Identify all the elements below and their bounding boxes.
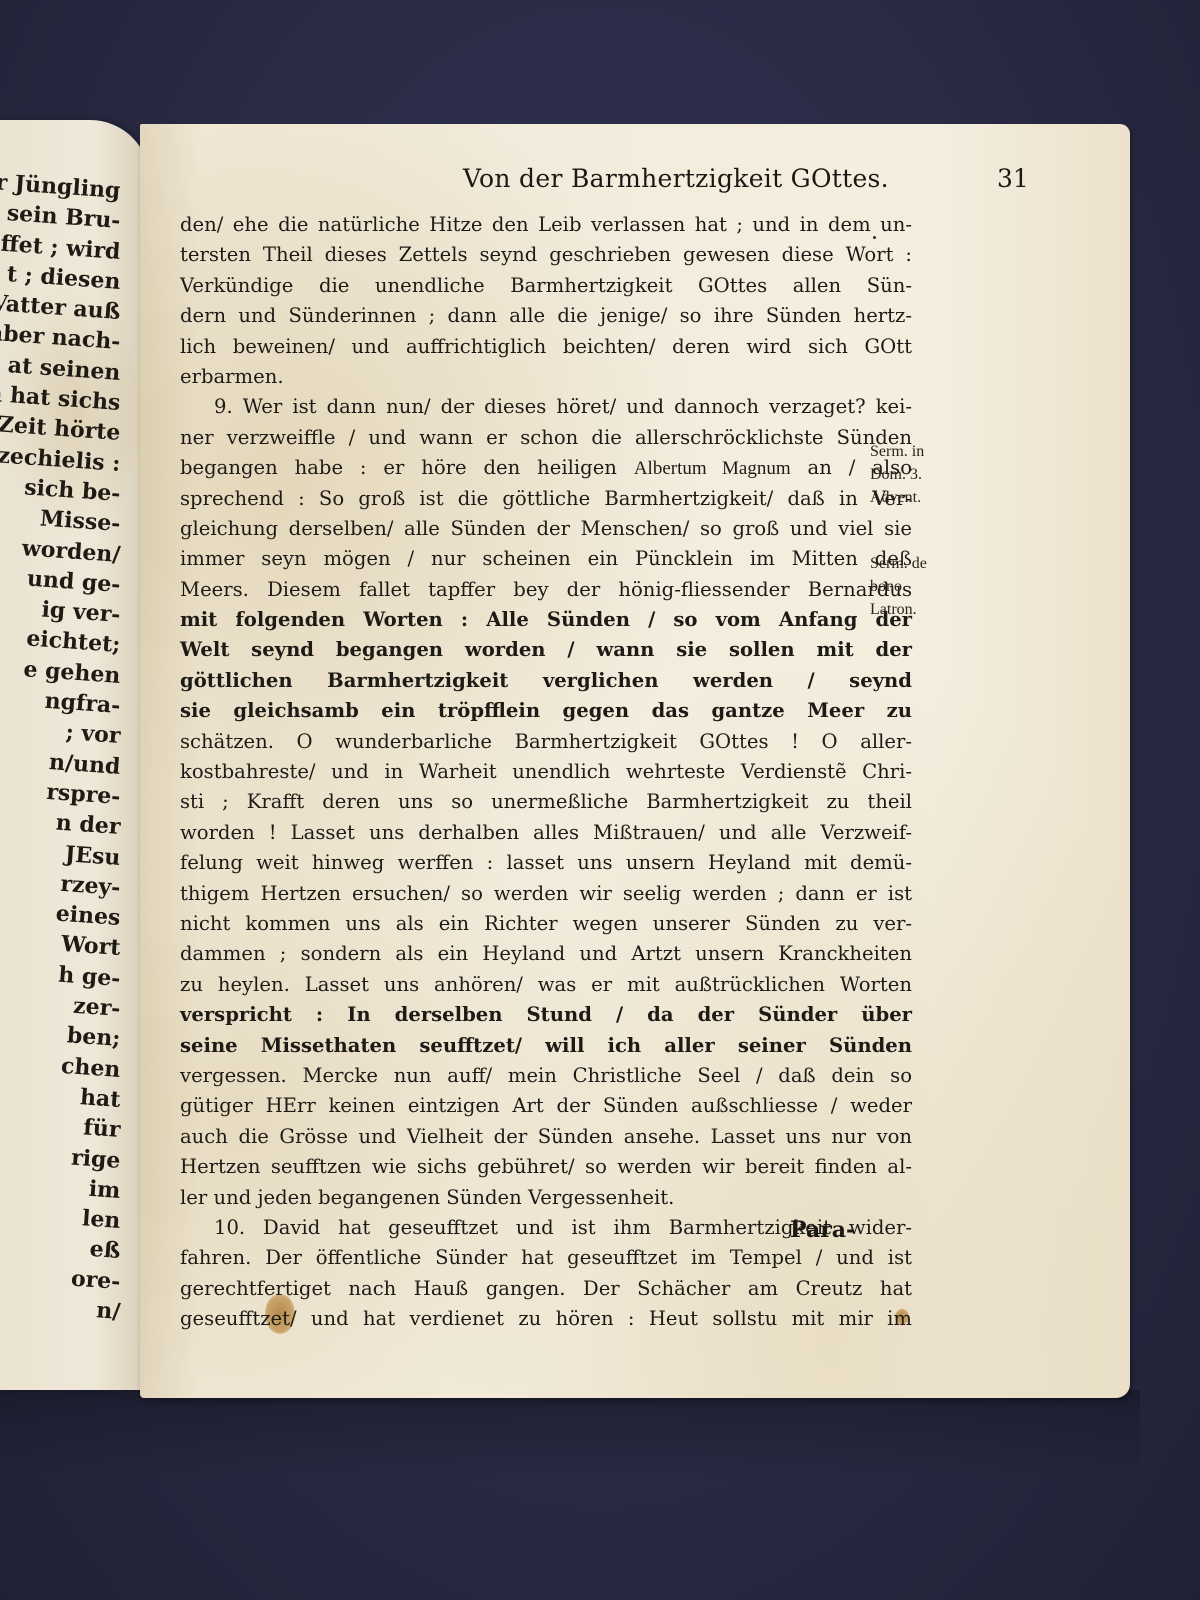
running-title: Von der Barmhertzigkeit GOttes. (463, 164, 889, 193)
left-page: r Jüngling n sein Bru- ffet ; wird t ; d… (0, 120, 150, 1390)
text-line: auch die Grösse und Vielheit der Sünden … (180, 1122, 912, 1152)
text-line: ler und jeden begangenen Sünden Vergesse… (180, 1183, 912, 1213)
text-line: Verkündige die unendliche Barmhertzigkei… (180, 271, 912, 301)
marginal-note-sermon-advent: Serm. in Dom. 3. Advent. (870, 440, 924, 509)
text-line: den/ ehe die natürliche Hitze den Leib v… (180, 210, 912, 240)
marginal-line: Dom. 3. (870, 463, 924, 486)
text-line: schätzen. O wunderbarliche Barmhertzigke… (180, 727, 912, 757)
text-line: geseufftzet/ und hat verdienet zu hören … (180, 1304, 912, 1334)
text-line: gleichung derselben/ alle Sünden der Men… (180, 514, 912, 544)
catchword: Para- (790, 1217, 855, 1243)
page-shadow (0, 1390, 1140, 1480)
text-line: dern und Sünderinnen ; dann alle die jen… (180, 301, 912, 331)
quote-line: sie gleichsamb ein tröpfflein gegen das … (180, 696, 912, 726)
text-line: gerechtfertiget nach Hauß gangen. Der Sc… (180, 1274, 912, 1304)
quote-line: verspricht : In derselben Stund / da der… (180, 1000, 912, 1030)
text-line: kostbahreste/ und in Warheit unendlich w… (180, 757, 912, 787)
text-line: erbarmen. (180, 362, 912, 392)
text-span: begangen habe : er höre den heiligen (180, 456, 617, 479)
paragraph-9-start: 9. Wer ist dann nun/ der dieses höret/ u… (180, 392, 912, 422)
text-line: Hertzen seufftzen wie sichs gebühret/ so… (180, 1152, 912, 1182)
marginal-line: Latron. (870, 598, 927, 621)
marginal-line: Advent. (870, 486, 924, 509)
text-line: sti ; Krafft deren uns so unermeßliche B… (180, 787, 912, 817)
marginal-line: bono (870, 575, 927, 598)
quote-line: Welt seynd begangen worden / wann sie so… (180, 635, 912, 665)
marginal-line: Serm. in (870, 440, 924, 463)
body-text: den/ ehe die natürliche Hitze den Leib v… (180, 210, 912, 1334)
right-page: Von der Barmhertzigkeit GOttes. 31 den/ … (140, 124, 1130, 1398)
text-line: thigem Hertzen ersuchen/ so werden wir s… (180, 879, 912, 909)
left-page-text: r Jüngling n sein Bru- ffet ; wird t ; d… (0, 176, 120, 1327)
text-line: ner verzweiffle / und wann er schon die … (180, 423, 912, 453)
text-line: fahren. Der öffentliche Sünder hat geseu… (180, 1243, 912, 1273)
quote-line: mit folgenden Worten : Alle Sünden / so … (180, 605, 912, 635)
latin-name: Albertum Magnum (634, 458, 791, 479)
text-line: zu heylen. Lasset uns anhören/ was er mi… (180, 970, 912, 1000)
text-line: lich beweinen/ und auffrichtiglich beich… (180, 332, 912, 362)
page-number: 31 (997, 164, 1029, 193)
text-line: tersten Theil dieses Zettels seynd gesch… (180, 240, 912, 270)
text-line: Meers. Diesem fallet tapffer bey der hön… (180, 575, 912, 605)
text-line: worden ! Lasset uns derhalben alles Mißt… (180, 818, 912, 848)
marginal-note-sermon-latron: Serm. de bono Latron. (870, 552, 927, 621)
text-line: begangen habe : er höre den heiligen Alb… (180, 453, 912, 483)
page-header: Von der Barmhertzigkeit GOttes. 31 (315, 164, 1045, 204)
text-line: felung weit hinweg werffen : lasset uns … (180, 848, 912, 878)
text-line: dammen ; sondern als ein Heyland und Art… (180, 939, 912, 969)
text-line: immer seyn mögen / nur scheinen ein Pünc… (180, 544, 912, 574)
text-line: vergessen. Mercke nun auff/ mein Christl… (180, 1061, 912, 1091)
quote-line: göttlichen Barmhertzigkeit verglichen we… (180, 666, 912, 696)
marginal-line: Serm. de (870, 552, 927, 575)
text-line: sprechend : So groß ist die göttliche Ba… (180, 484, 912, 514)
text-line: nicht kommen uns als ein Richter wegen u… (180, 909, 912, 939)
text-line: gütiger HErr keinen eintzigen Art der Sü… (180, 1091, 912, 1121)
quote-line: seine Missethaten seufftzet/ will ich al… (180, 1031, 912, 1061)
